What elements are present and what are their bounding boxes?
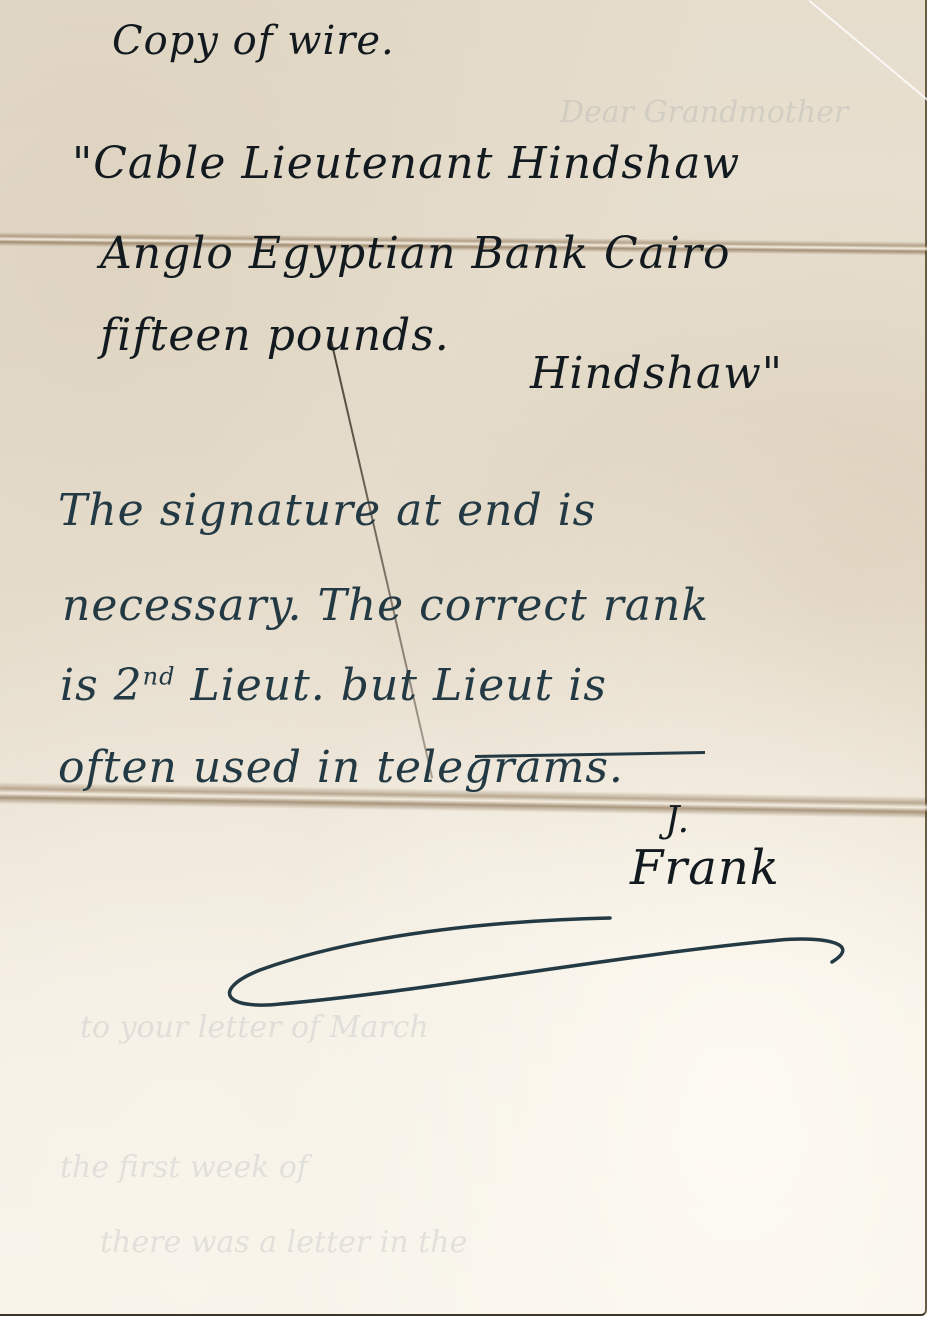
telegram-signature: Hindshaw" <box>530 348 783 399</box>
bleed-through-text: there was a letter in the <box>100 1225 467 1260</box>
note-line-3-pre: is 2 <box>60 660 143 711</box>
telegram-line-2: Anglo Egyptian Bank Cairo <box>100 228 731 279</box>
note-line-4: often used in telegrams. <box>58 742 624 793</box>
telegram-line-3: fifteen pounds. <box>100 310 450 361</box>
bleed-through-text: Dear Grandmother <box>560 95 848 130</box>
paper-crack <box>330 340 433 779</box>
ordinal-superscript: nd <box>143 662 176 690</box>
note-line-2: necessary. The correct rank <box>62 580 709 631</box>
letter-heading: Copy of wire. <box>112 18 395 64</box>
signature-initial: J. <box>665 800 690 841</box>
signature-flourish-icon <box>220 900 860 1020</box>
note-line-3-post: Lieut. but Lieut is <box>175 660 606 711</box>
signature-name: Frank <box>630 840 780 896</box>
note-line-1: The signature at end is <box>58 485 596 536</box>
telegram-line-1: "Cable Lieutenant Hindshaw <box>72 138 740 189</box>
bleed-through-text: the first week of <box>60 1150 308 1185</box>
note-line-3: is 2nd Lieut. but Lieut is <box>60 660 607 711</box>
letter-paper: Dear Grandmother to your letter of March… <box>0 0 927 1316</box>
